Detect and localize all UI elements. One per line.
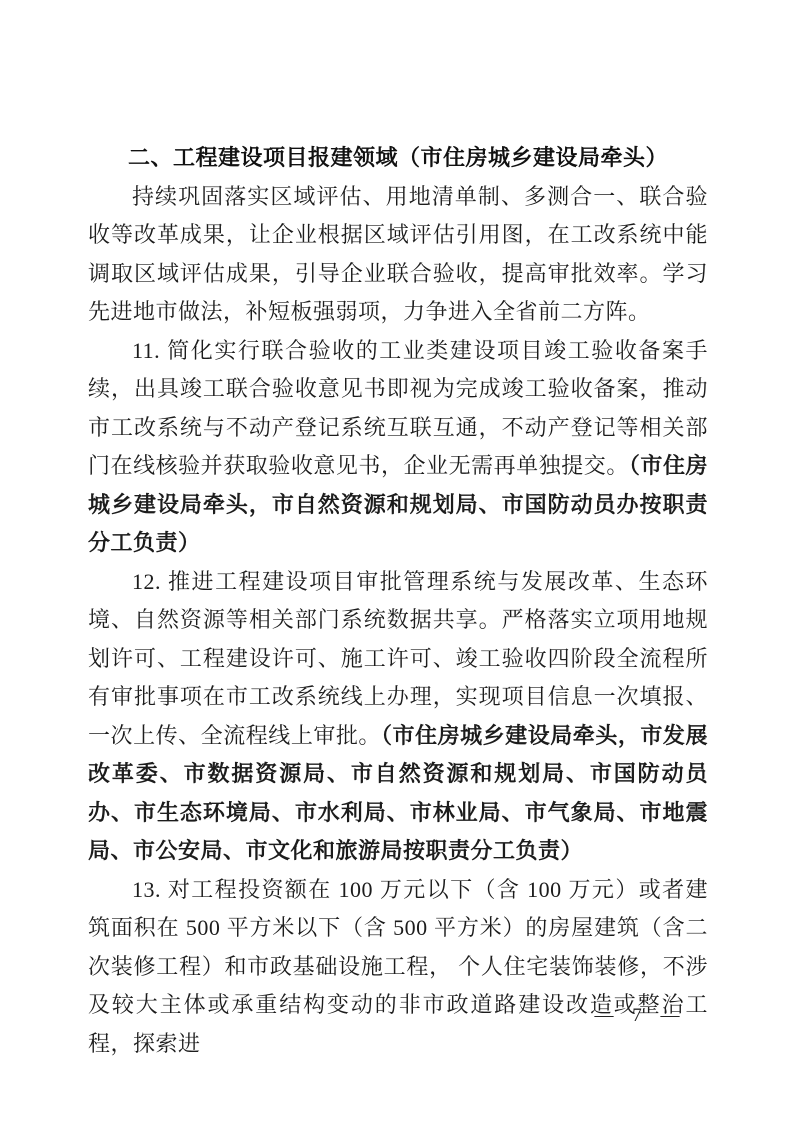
paragraph-item-13: 13. 对工程投资额在 100 万元以下（含 100 万元）或者建筑面积在 50…	[88, 871, 708, 1064]
document-page: 二、工程建设项目报建领域（市住房城乡建设局牵头） 持续巩固落实区域评估、用地清单…	[0, 0, 793, 1122]
page-number: — 7 —	[593, 1005, 683, 1027]
paragraph-item-11: 11. 简化实行联合验收的工业类建设项目竣工验收备案手续，出具竣工联合验收意见书…	[88, 332, 708, 563]
paragraph-item-12: 12. 推进工程建设项目审批管理系统与发展改革、生态环境、自然资源等相关部门系统…	[88, 563, 708, 871]
paragraph-item-11-text: 11. 简化实行联合验收的工业类建设项目竣工验收备案手续，出具竣工联合验收意见书…	[88, 338, 708, 479]
document-body: 二、工程建设项目报建领域（市住房城乡建设局牵头） 持续巩固落实区域评估、用地清单…	[88, 139, 708, 1063]
paragraph-intro: 持续巩固落实区域评估、用地清单制、多测合一、联合验收等改革成果，让企业根据区域评…	[88, 178, 708, 332]
paragraph-intro-text: 持续巩固落实区域评估、用地清单制、多测合一、联合验收等改革成果，让企业根据区域评…	[88, 184, 708, 325]
paragraph-item-13-text: 13. 对工程投资额在 100 万元以下（含 100 万元）或者建筑面积在 50…	[88, 877, 708, 1056]
paragraph-item-12-text: 12. 推进工程建设项目审批管理系统与发展改革、生态环境、自然资源等相关部门系统…	[88, 569, 708, 748]
section-heading: 二、工程建设项目报建领域（市住房城乡建设局牵头）	[88, 139, 708, 178]
